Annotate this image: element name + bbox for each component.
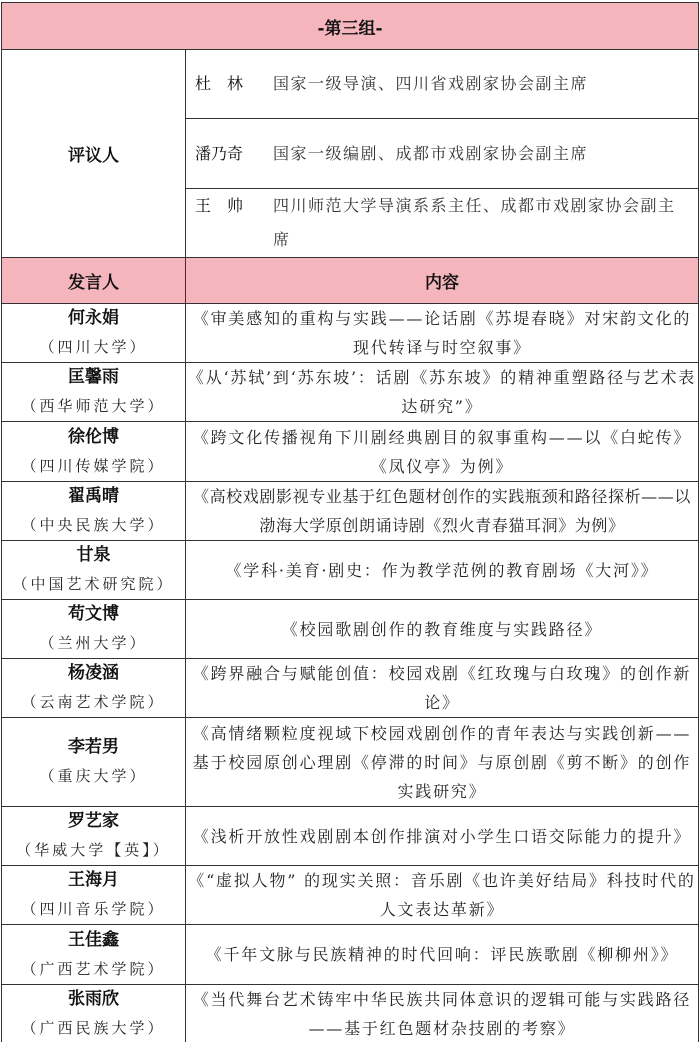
speaker-topic: 《审美感知的重构与实践——论话剧《苏堤春晓》对宋韵文化的现代转译与时空叙事》: [186, 304, 699, 363]
speaker-topic: 《“虚拟人物” 的现实关照：音乐剧《也许美好结局》科技时代的人文表达革新》: [186, 866, 699, 925]
reviewer-row: 杜 林 国家一级导演、四川省戏剧家协会副主席: [186, 50, 699, 119]
speaker-name: 王海月: [2, 866, 185, 895]
speaker-row: 何永娟（四川大学） 《审美感知的重构与实践——论话剧《苏堤春晓》对宋韵文化的现代…: [2, 304, 699, 363]
speaker-affiliation: （西华师范大学）: [2, 392, 185, 421]
speaker-topic: 《校园歌剧创作的教育维度与实践路径》: [186, 600, 699, 659]
speaker-topic: 《高校戏剧影视专业基于红色题材创作的实践瓶颈和路径探析——以渤海大学原创朗诵诗剧…: [186, 482, 699, 541]
speaker-affiliation: （华威大学【英】）: [2, 836, 185, 865]
speaker-name: 杨凌涵: [2, 659, 185, 688]
speaker-affiliation: （四川传媒学院）: [2, 452, 185, 481]
speaker-name: 甘泉: [2, 541, 185, 570]
speaker-name: 徐伦博: [2, 423, 185, 452]
reviewer-title: 国家一级编剧、成都市戏剧家协会副主席: [273, 137, 608, 171]
speaker-name: 罗艺家: [2, 807, 185, 836]
speaker-name: 何永娟: [2, 304, 185, 333]
speaker-row: 张雨欣（广西民族大学） 《当代舞台艺术铸牢中华民族共同体意识的逻辑可能与实践路径…: [2, 985, 699, 1042]
speaker-name: 匡馨雨: [2, 363, 185, 392]
reviewer-row: 潘乃奇 国家一级编剧、成都市戏剧家协会副主席: [186, 119, 699, 189]
speaker-topic: 《高情绪颗粒度视域下校园戏剧创作的青年表达与实践创新——基于校园原创心理剧《停滞…: [186, 718, 699, 807]
schedule-table: -第三组- 评议人 杜 林 国家一级导演、四川省戏剧家协会副主席 潘乃奇 国家一…: [1, 2, 699, 1042]
speaker-affiliation: （中央民族大学）: [2, 511, 185, 540]
speaker-affiliation: （重庆大学）: [2, 762, 185, 791]
group-title: -第三组-: [2, 3, 699, 50]
speaker-row: 甘泉（中国艺术研究院） 《学科·美育·剧史：作为教学范例的教育剧场《大河》》: [2, 541, 699, 600]
speaker-name: 王佳鑫: [2, 926, 185, 955]
reviewer-label: 评议人: [2, 50, 186, 258]
speaker-affiliation: （四川大学）: [2, 333, 185, 362]
speaker-affiliation: （云南艺术学院）: [2, 688, 185, 717]
speaker-topic: 《当代舞台艺术铸牢中华民族共同体意识的逻辑可能与实践路径——基于红色题材杂技剧的…: [186, 985, 699, 1042]
speaker-topic: 《浅析开放性戏剧剧本创作排演对小学生口语交际能力的提升》: [186, 807, 699, 866]
reviewer-row: 王 帅 四川师范大学导演系系主任、成都市戏剧家协会副主席: [186, 189, 699, 258]
reviewer-title: 四川师范大学导演系系主任、成都市戏剧家协会副主席: [273, 189, 698, 257]
speaker-row: 徐伦博（四川传媒学院） 《跨文化传播视角下川剧经典剧目的叙事重构——以《白蛇传》…: [2, 422, 699, 482]
speaker-affiliation: （广西艺术学院）: [2, 955, 185, 984]
speaker-row: 翟禹晴（中央民族大学） 《高校戏剧影视专业基于红色题材创作的实践瓶颈和路径探析—…: [2, 482, 699, 541]
speaker-topic: 《跨界融合与赋能创值：校园戏剧《红玫瑰与白玫瑰》的创作新论》: [186, 659, 699, 718]
speaker-row: 罗艺家（华威大学【英】） 《浅析开放性戏剧剧本创作排演对小学生口语交际能力的提升…: [2, 807, 699, 866]
speaker-row: 杨凌涵（云南艺术学院） 《跨界融合与赋能创值：校园戏剧《红玫瑰与白玫瑰》的创作新…: [2, 659, 699, 718]
speaker-name: 张雨欣: [2, 985, 185, 1014]
speaker-affiliation: （广西民族大学）: [2, 1014, 185, 1042]
speaker-affiliation: （兰州大学）: [2, 629, 185, 658]
speaker-row: 苟文博（兰州大学） 《校园歌剧创作的教育维度与实践路径》: [2, 600, 699, 659]
speaker-topic: 《千年文脉与民族精神的时代回响：评民族歌剧《柳柳州》》: [186, 925, 699, 985]
speaker-topic: 《跨文化传播视角下川剧经典剧目的叙事重构——以《白蛇传》《凤仪亭》为例》: [186, 422, 699, 482]
speaker-row: 王海月（四川音乐学院） 《“虚拟人物” 的现实关照：音乐剧《也许美好结局》科技时…: [2, 866, 699, 925]
speaker-column-header: 发言人: [2, 258, 186, 304]
speaker-affiliation: （中国艺术研究院）: [2, 570, 185, 599]
reviewer-name: 杜 林: [195, 67, 273, 101]
speaker-name: 翟禹晴: [2, 482, 185, 511]
speaker-name: 李若男: [2, 733, 185, 762]
speaker-affiliation: （四川音乐学院）: [2, 895, 185, 924]
reviewer-name: 王 帅: [195, 189, 273, 223]
speaker-topic: 《从‘苏轼’到‘苏东坡’：话剧《苏东坡》的精神重塑路径与艺术表达研究”》: [186, 363, 699, 422]
reviewer-title: 国家一级导演、四川省戏剧家协会副主席: [273, 67, 608, 101]
reviewer-name: 潘乃奇: [195, 137, 273, 171]
speaker-row: 匡馨雨（西华师范大学） 《从‘苏轼’到‘苏东坡’：话剧《苏东坡》的精神重塑路径与…: [2, 363, 699, 422]
speaker-row: 王佳鑫（广西艺术学院） 《千年文脉与民族精神的时代回响：评民族歌剧《柳柳州》》: [2, 925, 699, 985]
speaker-row: 李若男（重庆大学） 《高情绪颗粒度视域下校园戏剧创作的青年表达与实践创新——基于…: [2, 718, 699, 807]
content-column-header: 内容: [186, 258, 699, 304]
speaker-topic: 《学科·美育·剧史：作为教学范例的教育剧场《大河》》: [186, 541, 699, 600]
speaker-name: 苟文博: [2, 600, 185, 629]
